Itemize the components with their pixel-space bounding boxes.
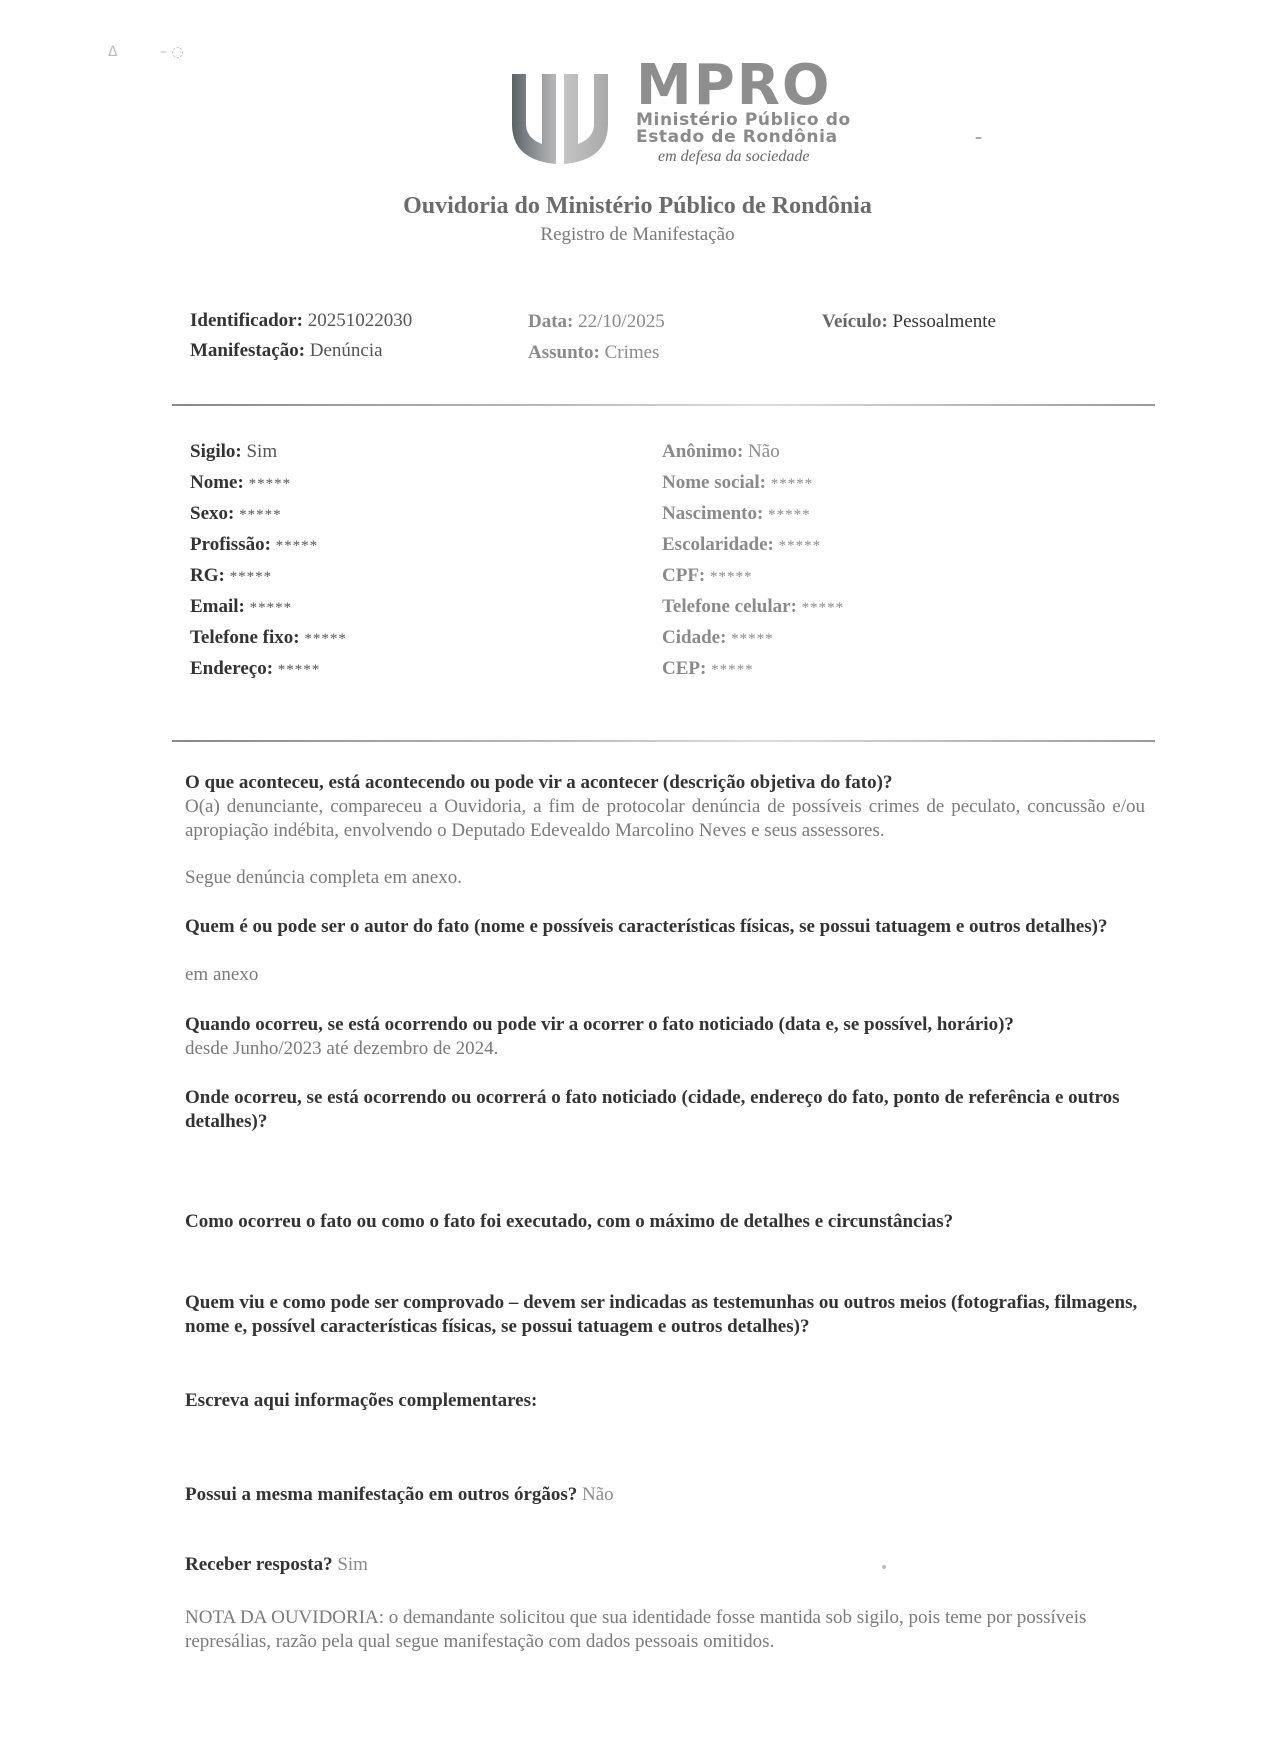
field-value: ***** [278,662,321,678]
question-author: Quem é ou pode ser o autor do fato (nome… [185,915,1145,939]
page-subtitle: Registro de Manifestação [0,224,1275,246]
personal-field: RG: ***** [190,565,272,587]
personal-field: Cidade: ***** [662,627,774,649]
question-other-organs: Possui a mesma manifestação em outros ór… [185,1483,1145,1507]
question-complementary: Escreva aqui informações complementares: [185,1389,1145,1413]
field-value: ***** [771,476,814,492]
field-label: Email: [190,596,245,617]
field-label: Nascimento: [662,503,763,524]
personal-field: Nascimento: ***** [662,503,811,525]
ouvidoria-note: NOTA DA OUVIDORIA: o demandante solicito… [185,1606,1120,1654]
personal-field: Sigilo: Sim [190,441,277,463]
answer-other-organs: Não [582,1484,614,1505]
page-title: Ouvidoria do Ministério Público de Rondô… [0,193,1275,220]
field-label: Sexo: [190,503,234,524]
question-how: Como ocorreu o fato ou como o fato foi e… [185,1210,1145,1234]
field-label: CPF: [662,565,705,586]
field-label: RG: [190,565,225,586]
personal-field: Sexo: ***** [190,503,282,525]
personal-field: Nome: ***** [190,472,291,494]
field-value: Sim [246,441,277,462]
section-divider [172,404,1155,406]
field-label: CEP: [662,658,706,679]
personal-field: Profissão: ***** [190,534,318,556]
field-manifestacao: Manifestação: Denúncia [190,340,383,362]
mpro-logo: MPRO Ministério Público do Estado de Ron… [508,64,868,176]
field-label: Telefone fixo: [190,627,300,648]
field-value: ***** [711,662,754,678]
field-value: ***** [304,631,347,647]
personal-field: Endereço: ***** [190,658,320,680]
field-label: Endereço: [190,658,273,679]
field-value: ***** [276,538,319,554]
mpro-shield-emblem-icon [508,68,612,168]
field-veiculo: Veículo: Pessoalmente [822,311,996,333]
scan-artifact: – ◌ [160,44,184,60]
scan-artifact: ᐃ [108,44,118,60]
answer-author: em anexo [185,963,1145,987]
field-identificador: Identificador: 20251022030 [190,310,412,332]
field-label: Escolaridade: [662,534,774,555]
answer-when: desde Junho/2023 até dezembro de 2024. [185,1037,1145,1061]
field-value: ***** [230,569,273,585]
personal-field: Nome social: ***** [662,472,813,494]
answer-what-happened-extra: Segue denúncia completa em anexo. [185,866,1145,890]
field-value: ***** [779,538,822,554]
personal-field: Telefone celular: ***** [662,596,844,618]
field-label: Nome social: [662,472,766,493]
field-label: Nome: [190,472,244,493]
field-value: ***** [249,476,292,492]
answer-what-happened: O(a) denunciante, compareceu a Ouvidoria… [185,795,1145,843]
question-receive-response: Receber resposta? Sim [185,1553,1145,1577]
scan-artifact: – [975,130,982,146]
field-label: Anônimo: [662,441,743,462]
question-where: Onde ocorreu, se está ocorrendo ou ocorr… [185,1086,1145,1134]
field-label: Cidade: [662,627,726,648]
logo-line-2: Estado de Rondônia [636,129,851,146]
field-label: Profissão: [190,534,271,555]
field-value: Não [748,441,780,462]
field-label: Sigilo: [190,441,242,462]
field-value: ***** [768,507,811,523]
personal-field: Telefone fixo: ***** [190,627,347,649]
personal-field: CEP: ***** [662,658,754,680]
personal-field: CPF: ***** [662,565,753,587]
field-assunto: Assunto: Crimes [528,342,659,364]
field-value: ***** [239,507,282,523]
question-witnesses: Quem viu e como pode ser comprovado – de… [185,1291,1145,1339]
field-value: ***** [802,600,845,616]
logo-acronym: MPRO [636,58,832,114]
field-value: ***** [710,569,753,585]
personal-field: Email: ***** [190,596,292,618]
section-divider [172,740,1155,742]
field-value: ***** [250,600,293,616]
logo-org-name: Ministério Público do Estado de Rondônia [636,112,851,146]
answer-receive-response: Sim [337,1554,368,1575]
question-what-happened: O que aconteceu, está acontecendo ou pod… [185,771,1145,795]
question-when: Quando ocorreu, se está ocorrendo ou pod… [185,1013,1145,1037]
field-label: Telefone celular: [662,596,797,617]
personal-field: Escolaridade: ***** [662,534,821,556]
scan-artifact: • [880,1560,888,1576]
field-data: Data: 22/10/2025 [528,311,665,333]
field-value: ***** [731,631,774,647]
personal-field: Anônimo: Não [662,441,780,463]
logo-tagline: em defesa da sociedade [658,148,810,166]
